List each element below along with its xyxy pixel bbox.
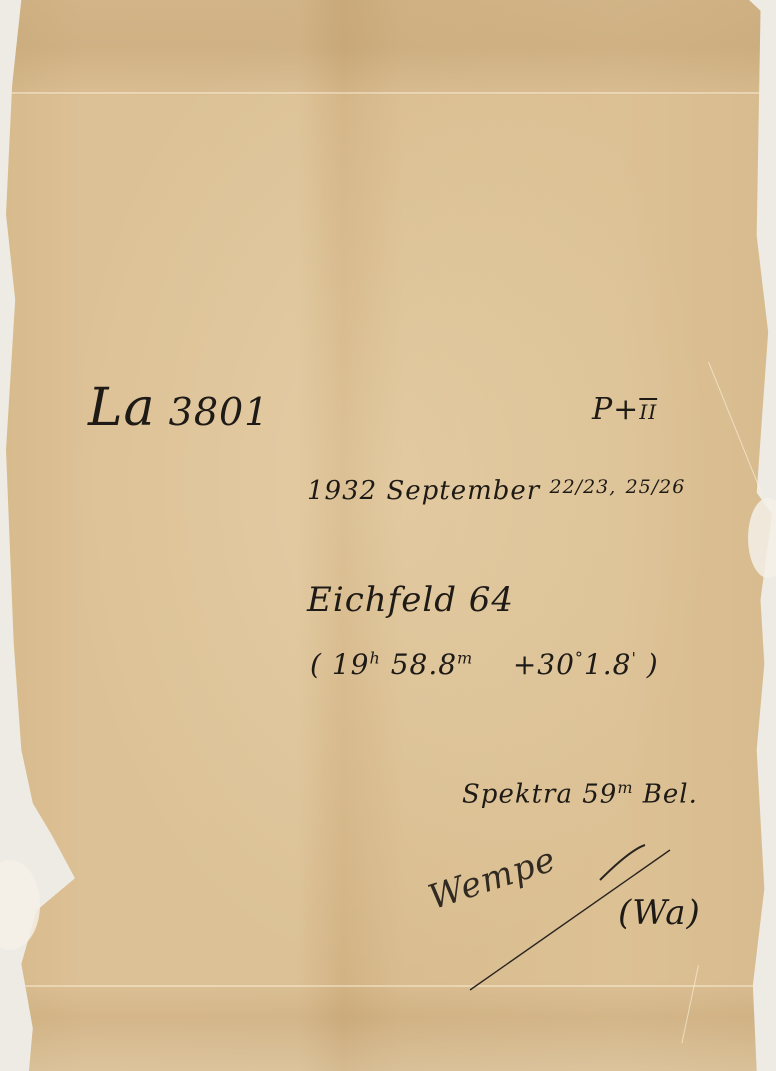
scanned-page: La 3801 P+II 1932 September 22/23, 25/26… bbox=[0, 0, 776, 1071]
observation-date: 1932 September 22/23, 25/26 bbox=[307, 476, 685, 506]
spectra-magnitude-unit: m bbox=[617, 778, 633, 797]
night-separator: , bbox=[609, 476, 616, 498]
bottom-stain-band bbox=[6, 981, 772, 1071]
ra-hours: 19 bbox=[332, 648, 370, 681]
catalog-prefix: La bbox=[88, 378, 156, 438]
spectra-suffix: Bel. bbox=[643, 780, 698, 810]
spectra-magnitude: 59 bbox=[582, 780, 617, 810]
coord-close-paren: ) bbox=[647, 648, 659, 681]
fold-line-bottom bbox=[6, 985, 772, 987]
dec-degrees-unit: ° bbox=[575, 649, 584, 668]
plate-class-main: P+ bbox=[592, 392, 639, 427]
fold-line-top bbox=[6, 92, 772, 94]
ra-minutes-unit: m bbox=[457, 649, 473, 668]
top-stain-band bbox=[6, 0, 772, 95]
signature-initials: (Wa) bbox=[618, 893, 701, 933]
observation-year: 1932 bbox=[307, 476, 377, 506]
spectra-label: Spektra bbox=[462, 780, 573, 810]
plate-class: P+II bbox=[592, 392, 657, 427]
observation-night-1: 22/23 bbox=[550, 476, 610, 498]
plate-class-roman: II bbox=[639, 400, 657, 424]
coord-open-paren: ( bbox=[310, 648, 322, 681]
dec-degrees: +30 bbox=[513, 648, 575, 681]
catalog-number: La 3801 bbox=[88, 378, 269, 438]
ra-hours-unit: h bbox=[369, 649, 380, 668]
ra-minutes: 58.8 bbox=[391, 648, 457, 681]
field-coordinates: ( 19h 58.8m +30°1.8' ) bbox=[310, 648, 659, 681]
observation-month: September bbox=[386, 476, 540, 506]
observation-night-2: 25/26 bbox=[626, 476, 686, 498]
field-name: Eichfeld 64 bbox=[307, 580, 514, 620]
dec-minutes-unit: ' bbox=[631, 649, 636, 668]
spectra-note: Spektra 59m Bel. bbox=[462, 778, 698, 810]
dec-minutes: 1.8 bbox=[584, 648, 632, 681]
catalog-value: 3801 bbox=[169, 390, 270, 434]
